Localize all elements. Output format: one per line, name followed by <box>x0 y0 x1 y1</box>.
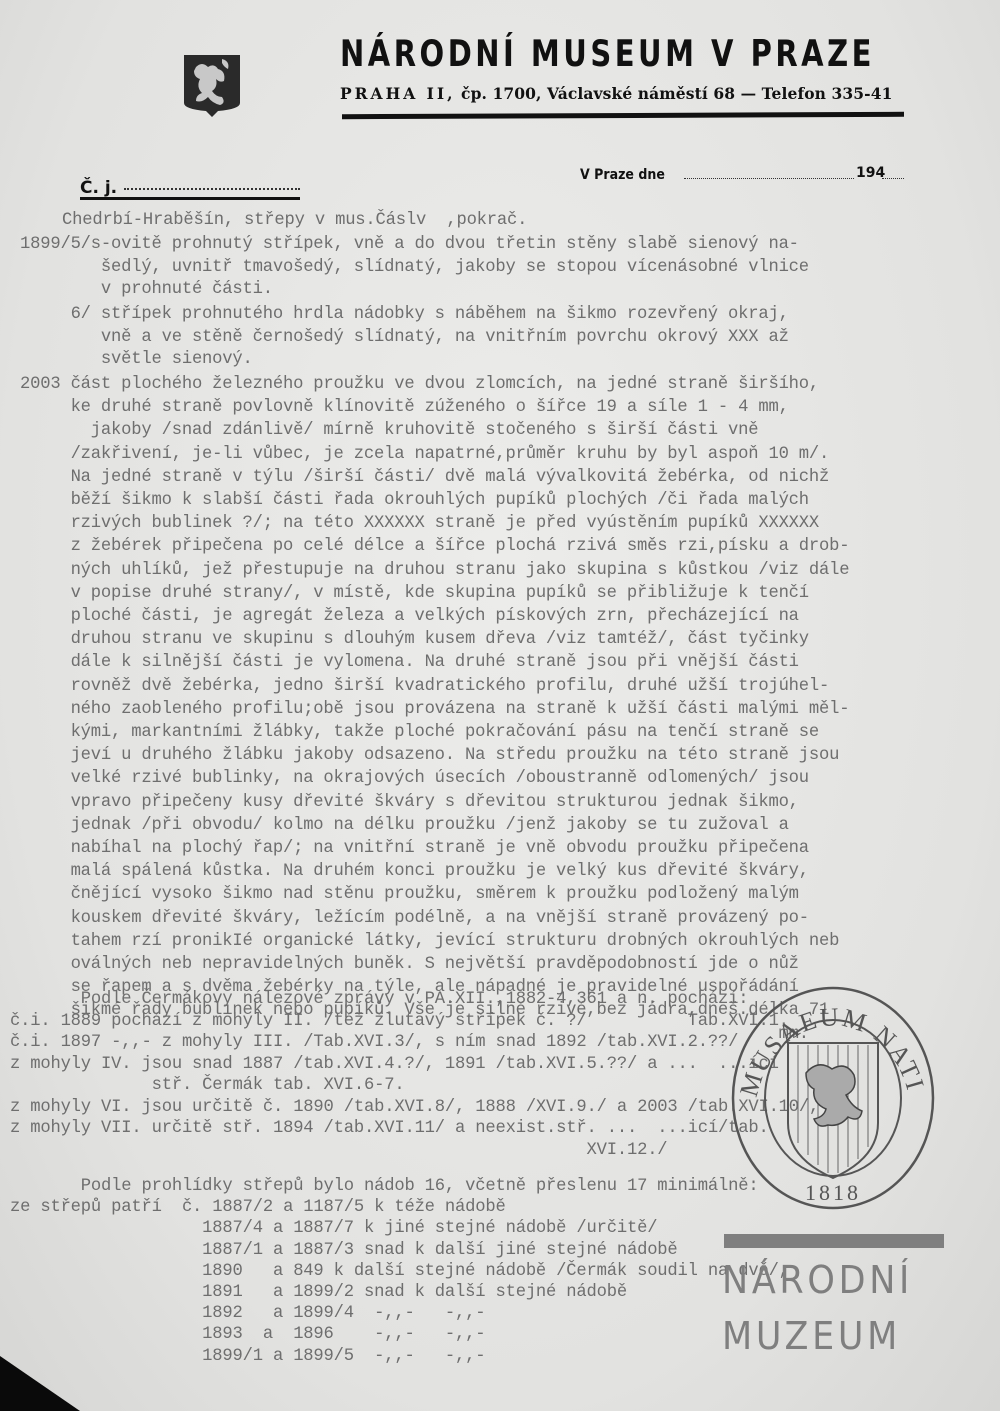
entry-line: tahem rzí pronikIé organické látky, jeví… <box>20 933 839 950</box>
entry-line: /zakřivení, je-li vůbec, je zcela napatr… <box>20 446 829 463</box>
entry-line: dále k silnější části je vylomena. Na dr… <box>20 654 799 671</box>
date-field <box>684 178 854 179</box>
inspection-line: 1893 a 1896 -,,- -,,- <box>10 1326 485 1343</box>
entry-line: jednak /při obvodu/ kolmo na délku prouž… <box>20 817 789 834</box>
entry-line: rovněž dvě žebérka, jedno širší kvadrati… <box>20 678 829 695</box>
cermak-line: z mohyly VI. jsou určitě č. 1890 /tab.XV… <box>10 1099 819 1116</box>
cermak-line: z mohyly IV. jsou snad 1887 /tab.XVI.4.?… <box>10 1056 779 1073</box>
scan-corner-shadow <box>0 1356 80 1411</box>
entry-line: ného zaobleného profilu;obě jsou prováze… <box>20 701 849 718</box>
watermark-bar <box>724 1234 944 1248</box>
reference-number-field <box>124 186 300 190</box>
institution-address: PRAHA II, čp. 1700, Václavské náměstí 68… <box>340 84 892 103</box>
date-year-prefix: 194 <box>856 165 885 181</box>
seal-year: 1818 <box>805 1180 861 1205</box>
entry-line: jeví u druhého žlábku jakoby odsazeno. N… <box>20 747 839 764</box>
entry-line: z žebérek připečena po celé délce a šířc… <box>20 538 849 555</box>
inspection-line: 1887/1 a 1887/3 snad k další jiné stejné… <box>10 1242 678 1259</box>
reference-number-label: Č. j. <box>80 178 117 198</box>
cermak-line: stř. Čermák tab. XVI.6-7. <box>10 1077 404 1094</box>
document-page: NÁRODNÍ MUSEUM V PRAZE PRAHA II, čp. 170… <box>0 0 1000 1411</box>
entry-line: 6/ střípek prohnutého hrdla nádobky s ná… <box>20 306 789 323</box>
entry-line: Na jedné straně v týlu /širší části/ dvě… <box>20 469 829 486</box>
entry-line: 2003 část plochého železného proužku ve … <box>20 376 819 393</box>
entry-line: oválných neb nepravidelných buněk. S nej… <box>20 956 799 973</box>
cermak-line: č.i. 1889 pochází z mohyly II. /též žlut… <box>10 1013 789 1030</box>
entry-line: kouskem dřevité škváry, ležícím podélně,… <box>20 910 809 927</box>
letterhead-rule <box>342 112 904 119</box>
entry-line: vně a ve stěně černošedý slídnatý, na vn… <box>20 329 789 346</box>
cermak-line: č.i. 1897 -,,- z mohyly III. /Tab.XVI.3/… <box>10 1034 738 1051</box>
entry-line: velké rzivé bublinky, na okrajových úsec… <box>20 770 809 787</box>
inspection-line: 1887/4 a 1887/7 k jiné stejné nádobě /ur… <box>10 1220 657 1237</box>
reference-rule <box>80 197 300 200</box>
institution-name: NÁRODNÍ MUSEUM V PRAZE <box>340 32 910 75</box>
entry-line: světle sienový. <box>20 351 253 368</box>
cermak-line: Podle Čermákovy nálezové zprávy v PA.XII… <box>10 991 748 1008</box>
entry-line: 1899/5/s-ovitě prohnutý střípek, vně a d… <box>20 236 799 253</box>
entry-line: ných uhlíků, jež přestupuje na druhou st… <box>20 562 849 579</box>
inspection-line: Podle prohlídky střepů bylo nádob 16, vč… <box>10 1178 758 1195</box>
cermak-line: XVI.12./ <box>10 1142 667 1159</box>
inspection-line: 1890 a 849 k další stejné nádobě /Čermák… <box>10 1263 789 1280</box>
inspection-line: 1892 a 1899/4 -,,- -,,- <box>10 1305 485 1322</box>
entry-line: jakoby /snad zdánlivě/ mírně kruhovitě s… <box>20 422 758 439</box>
entry-line: malá spálená kůstka. Na druhém konci pro… <box>20 863 809 880</box>
entry-line: čnějící vysoko šikmo nad stěnu proužku, … <box>20 886 799 903</box>
inspection-line: 1891 a 1899/2 snad k další stejné nádobě <box>10 1284 627 1301</box>
entry-line: v popise druhé strany/, v místě, kde sku… <box>20 585 809 602</box>
coat-of-arms-icon <box>182 53 242 117</box>
document-heading: Chedrbí-Hraběšín, střepy v mus.Čáslv ,po… <box>62 212 527 229</box>
entry-line: druhou stranu ve skupinu s dlouhým kusem… <box>20 631 809 648</box>
cermak-line: z mohyly VII. určitě stř. 1894 /tab.XVI.… <box>10 1120 769 1137</box>
entry-line: ke druhé straně povlovně klínovitě zúžen… <box>20 399 789 416</box>
inspection-line: ze střepů patří č. 1887/2 a 1187/5 k též… <box>10 1199 506 1216</box>
entry-line: kými, markantními žlábky, takže ploché p… <box>20 724 819 741</box>
entry-line: ploché části, je agregát železa a velkýc… <box>20 608 799 625</box>
entry-line: nabíhal na plochý řap/; na vnitřní stran… <box>20 840 809 857</box>
entry-line: běží šikmo k slabší části řada okrouhlýc… <box>20 492 809 509</box>
inspection-line: 1899/1 a 1899/5 -,,- -,,- <box>10 1348 485 1365</box>
museum-seal-icon: MUSAEUM NATIONALE 1818 <box>728 983 938 1213</box>
entry-line: vpravo připečeny kusy dřevité škváry s d… <box>20 794 799 811</box>
entry-line: šedlý, uvnitř tmavošedý, slídnatý, jakob… <box>20 259 809 276</box>
date-label: V Praze dne <box>580 167 665 183</box>
watermark-line-1: NÁRODNÍ <box>722 1258 913 1302</box>
entry-line: v prohnuté části. <box>20 281 273 298</box>
entry-line: rzivých bublinek ?/; na této XXXXXX stra… <box>20 515 819 532</box>
watermark-line-2: MUZEUM <box>722 1314 901 1358</box>
date-year-field <box>882 178 904 179</box>
